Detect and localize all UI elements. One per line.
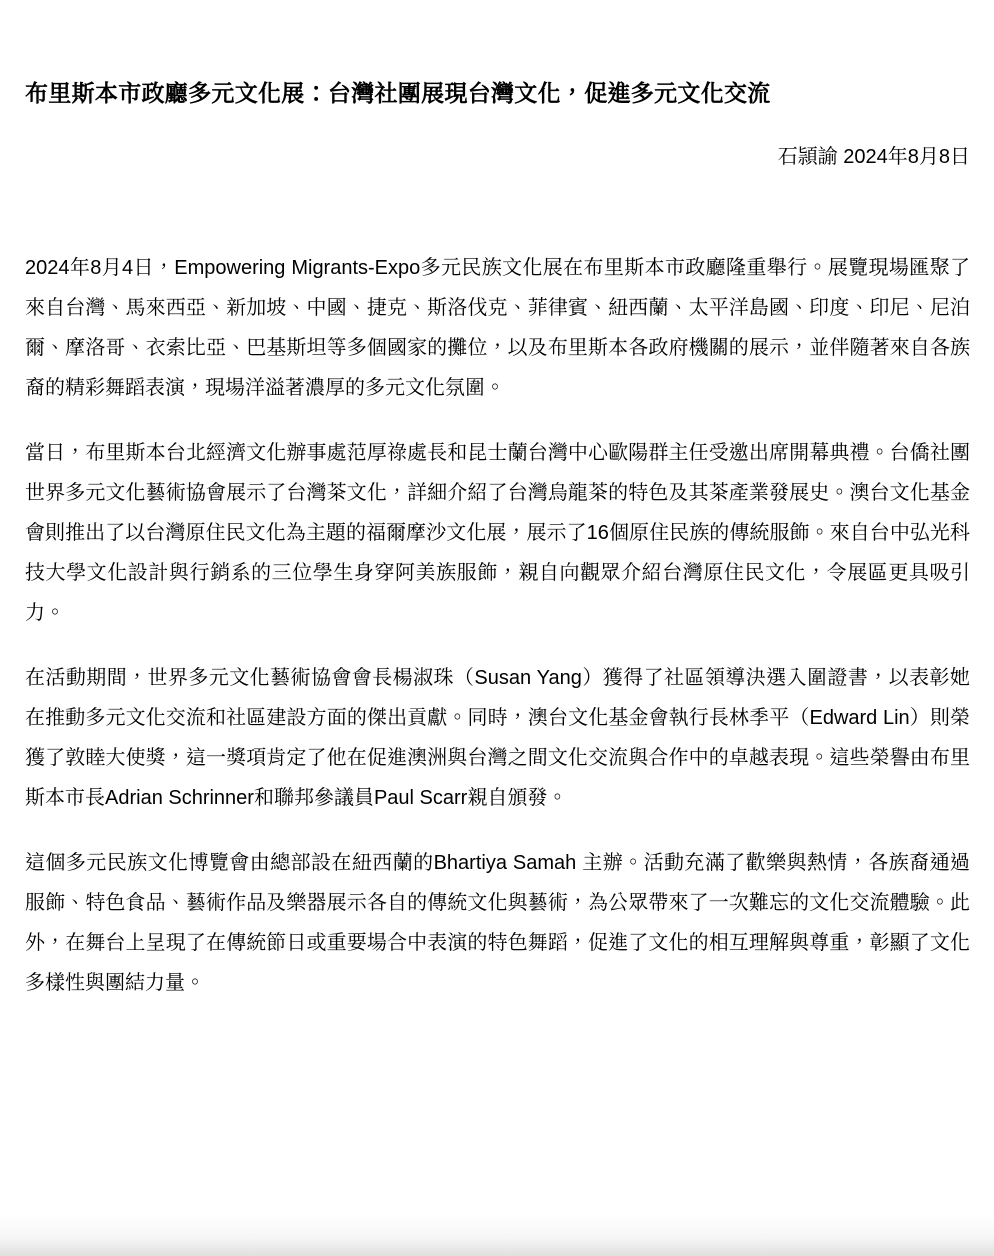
article-page: 布里斯本市政廳多元文化展：台灣社團展現台灣文化，促進多元文化交流 石頴諭 202… xyxy=(0,0,994,1256)
article-title: 布里斯本市政廳多元文化展：台灣社團展現台灣文化，促進多元文化交流 xyxy=(25,78,970,108)
article-paragraph-1: 2024年8月4日，Empowering Migrants-Expo多元民族文化… xyxy=(25,248,970,408)
article-paragraph-2: 當日，布里斯本台北經濟文化辦事處范厚祿處長和昆士蘭台灣中心歐陽群主任受邀出席開幕… xyxy=(25,433,970,633)
article-paragraph-3: 在活動期間，世界多元文化藝術協會會長楊淑珠（Susan Yang）獲得了社區領導… xyxy=(25,658,970,818)
article-paragraph-4: 這個多元民族文化博覽會由總部設在紐西蘭的Bhartiya Samah 主辦。活動… xyxy=(25,843,970,1003)
article-byline: 石頴諭 2024年8月8日 xyxy=(25,144,970,170)
article-body: 2024年8月4日，Empowering Migrants-Expo多元民族文化… xyxy=(25,248,970,1003)
page-bottom-fade xyxy=(0,1214,994,1256)
